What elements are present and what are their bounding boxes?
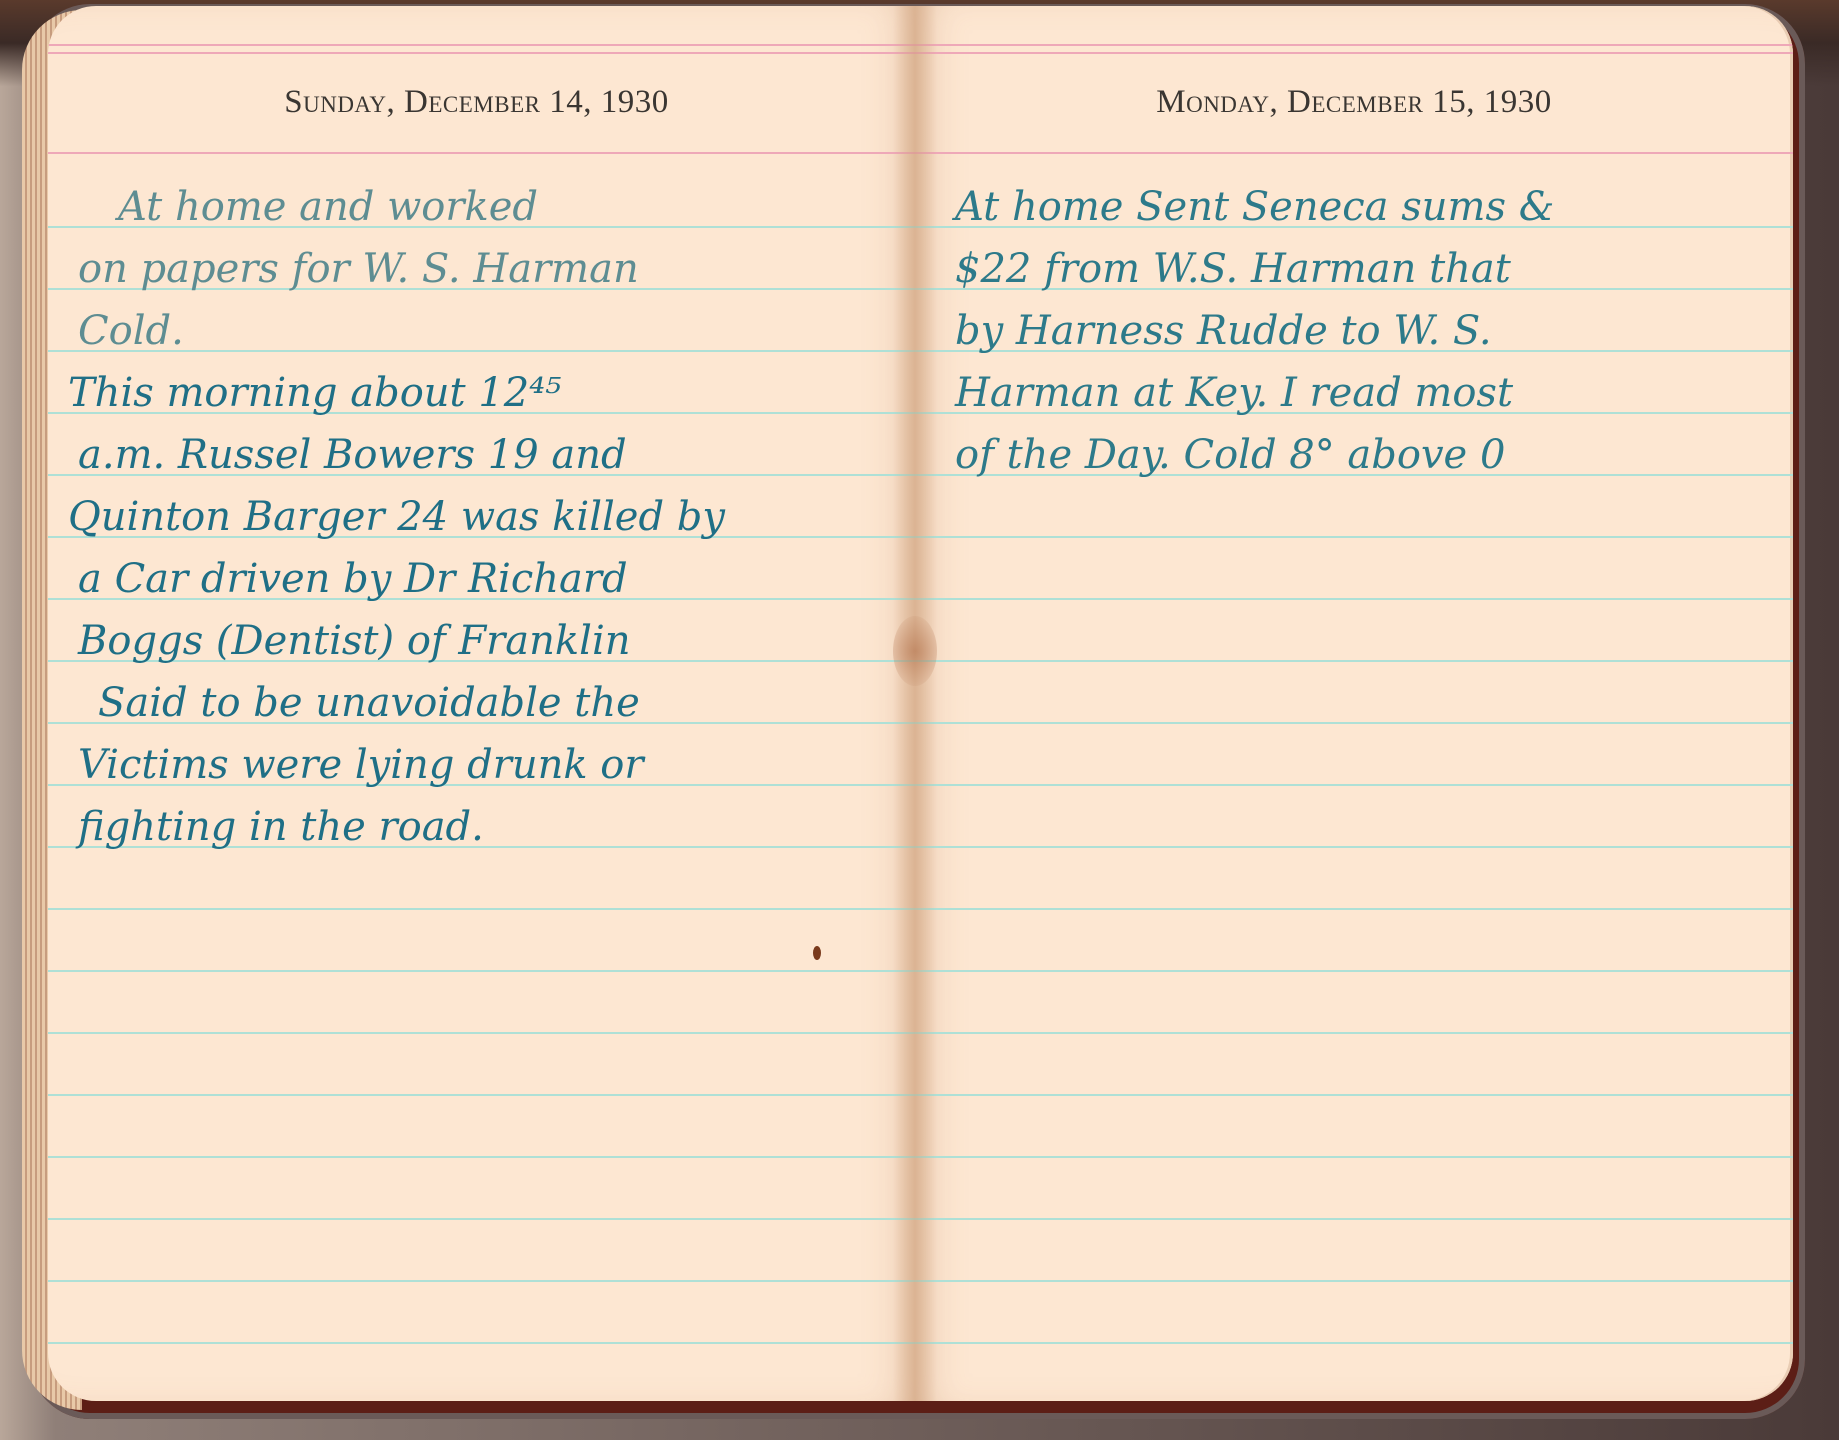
- ruled-line: [915, 1342, 1793, 1344]
- header-rule-bottom: [48, 152, 915, 154]
- header-rule-top: [48, 44, 915, 46]
- entry-line: a Car driven by Dr Richard: [78, 548, 895, 610]
- ruled-line: [915, 536, 1793, 538]
- header-rule-top-2: [48, 52, 915, 54]
- left-page: Sunday, December 14, 1930 At home and wo…: [48, 6, 915, 1401]
- entry-line: At home and worked: [78, 176, 895, 238]
- header-rule-top-2: [915, 52, 1793, 54]
- entry-line: This morning about 12⁴⁵: [68, 362, 895, 424]
- entry-line: Said to be unavoidable the: [78, 672, 895, 734]
- ruled-line: [915, 660, 1793, 662]
- entry-line: Quinton Barger 24 was killed by: [68, 486, 895, 548]
- ruled-line: [915, 1280, 1793, 1282]
- ruled-line: [915, 1156, 1793, 1158]
- entry-line: $22 from W.S. Harman that: [955, 238, 1773, 300]
- entry-line: of the Day. Cold 8° above 0: [955, 424, 1773, 486]
- ruled-line: [48, 1342, 915, 1344]
- ruled-line: [915, 1032, 1793, 1034]
- header-rule-top: [915, 44, 1793, 46]
- entry-line: Harman at Key. I read most: [955, 362, 1773, 424]
- left-page-handwritten-entry: At home and worked on papers for W. S. H…: [78, 176, 895, 858]
- right-page-date-header: Monday, December 15, 1930: [915, 84, 1793, 121]
- ruled-line: [915, 846, 1793, 848]
- entry-line: Boggs (Dentist) of Franklin: [78, 610, 895, 672]
- ruled-line: [48, 1032, 915, 1034]
- entry-line: fighting in the road.: [78, 796, 895, 858]
- ruled-line: [48, 1280, 915, 1282]
- ruled-line: [48, 970, 915, 972]
- ruled-line: [915, 1094, 1793, 1096]
- entry-line: At home Sent Seneca sums &: [955, 176, 1773, 238]
- ruled-line: [915, 1218, 1793, 1220]
- ruled-line: [915, 784, 1793, 786]
- open-diary: Sunday, December 14, 1930 At home and wo…: [48, 6, 1793, 1401]
- entry-line: Victims were lying drunk or: [78, 734, 895, 796]
- ruled-line: [915, 970, 1793, 972]
- right-page-handwritten-entry: At home Sent Seneca sums & $22 from W.S.…: [955, 176, 1773, 486]
- ink-spot: [813, 946, 821, 960]
- ruled-line: [48, 908, 915, 910]
- right-page: Monday, December 15, 1930 At home Sent S…: [915, 6, 1793, 1401]
- ruled-line: [915, 908, 1793, 910]
- entry-line: by Harness Rudde to W. S.: [955, 300, 1773, 362]
- entry-line: Cold.: [78, 300, 895, 362]
- ruled-line: [48, 1156, 915, 1158]
- header-rule-bottom: [915, 152, 1793, 154]
- entry-line: on papers for W. S. Harman: [78, 238, 895, 300]
- ruled-line: [48, 1218, 915, 1220]
- entry-line: a.m. Russel Bowers 19 and: [78, 424, 895, 486]
- ruled-line: [48, 1094, 915, 1096]
- left-page-date-header: Sunday, December 14, 1930: [48, 84, 915, 121]
- ruled-line: [915, 598, 1793, 600]
- ruled-line: [915, 722, 1793, 724]
